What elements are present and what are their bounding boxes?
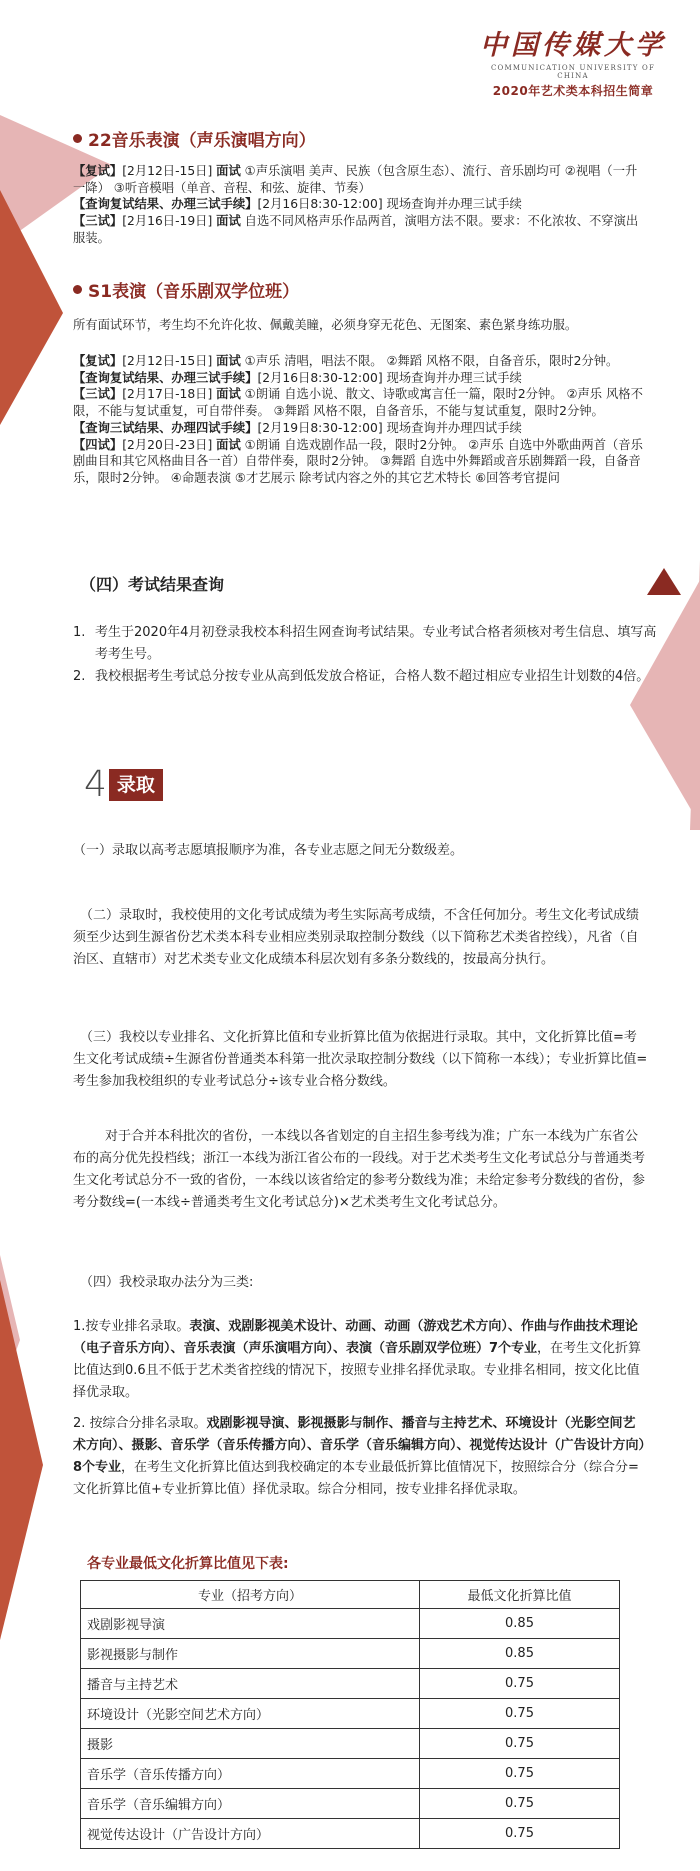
section-s1-intro: 所有面试环节，考生均不允许化妆、佩戴美瞳，必须身穿无花色、无图案、素色紧身练功服… xyxy=(73,317,643,334)
table-header-row: 专业（招考方向） 最低文化折算比值 xyxy=(81,1581,620,1609)
chapter-number: 4 xyxy=(84,765,107,805)
column-header-major: 专业（招考方向） xyxy=(81,1581,420,1609)
exam-line: 【查询三试结果、办理四试手续】[2月19日8:30-12:00] 现场查询并办理… xyxy=(73,420,643,437)
admission-method-1: 1.按专业排名录取。表演、戏剧影视美术设计、动画、动画（游戏艺术方向）、作曲与作… xyxy=(73,1316,648,1404)
table-row: 环境设计（光影空间艺术方向）0.75 xyxy=(81,1699,620,1729)
chapter-heading: 4 录取 xyxy=(84,765,163,805)
admission-method-2: 2. 按综合分排名录取。戏剧影视导演、影视摄影与制作、播音与主持艺术、环境设计（… xyxy=(73,1413,648,1501)
brand-chinese-name: 中国传媒大学 xyxy=(478,30,668,62)
brand-english-name: COMMUNICATION UNIVERSITY OF CHINA xyxy=(478,64,668,80)
table-row: 影视摄影与制作0.85 xyxy=(81,1639,620,1669)
section-s1-body: 【复试】[2月12日-15日] 面试 ①声乐 清唱，唱法不限。 ②舞蹈 风格不限… xyxy=(73,353,643,487)
ratio-table-title: 各专业最低文化折算比值见下表: xyxy=(87,1553,289,1573)
exam-line: 【复试】[2月12日-15日] 面试 ①声乐 清唱，唱法不限。 ②舞蹈 风格不限… xyxy=(73,353,643,370)
admission-methods-heading: （四）我校录取办法分为三类: xyxy=(73,1272,648,1294)
list-item: 2.我校根据考生考试总分按专业从高到低发放合格证，合格人数不超过相应专业招生计划… xyxy=(73,666,658,688)
min-ratio-table: 专业（招考方向） 最低文化折算比值 戏剧影视导演0.85 影视摄影与制作0.85… xyxy=(80,1580,620,1849)
list-item: 1.考生于2020年4月初登录我校本科招生网查询考试结果。专业考试合格者须核对考… xyxy=(73,622,658,666)
admission-rule-3: （三）我校以专业排名、文化折算比值和专业折算比值为依据进行录取。其中，文化折算比… xyxy=(73,1027,648,1093)
section-22-body: 【复试】[2月12日-15日] 面试 ①声乐演唱 美声、民族（包含原生态）、流行… xyxy=(73,163,643,247)
table-row: 视觉传达设计（广告设计方向）0.75 xyxy=(81,1819,620,1849)
brochure-subtitle: 2020年艺术类本科招生简章 xyxy=(478,82,668,99)
exam-line: 【复试】[2月12日-15日] 面试 ①声乐演唱 美声、民族（包含原生态）、流行… xyxy=(73,163,643,196)
bullet-icon xyxy=(73,134,82,143)
section-heading-22: 22音乐表演（声乐演唱方向） xyxy=(73,126,316,151)
section-title: 22音乐表演（声乐演唱方向） xyxy=(88,126,316,151)
section-heading-s1: S1表演（音乐剧双学位班） xyxy=(73,277,299,302)
admission-rule-note: 对于合并本科批次的省份，一本线以各省划定的自主招生参考线为准；广东一本线为广东省… xyxy=(73,1126,648,1214)
column-header-ratio: 最低文化折算比值 xyxy=(420,1581,620,1609)
results-query-list: 1.考生于2020年4月初登录我校本科招生网查询考试结果。专业考试合格者须核对考… xyxy=(73,622,658,688)
chapter-title: 录取 xyxy=(109,769,163,801)
table-row: 音乐学（音乐传播方向）0.75 xyxy=(81,1759,620,1789)
results-query-heading: （四）考试结果查询 xyxy=(80,572,224,595)
table-row: 播音与主持艺术0.75 xyxy=(81,1669,620,1699)
exam-line: 【三试】[2月16日-19日] 面试 自选不同风格声乐作品两首，演唱方法不限。要… xyxy=(73,213,643,246)
table-row: 戏剧影视导演0.85 xyxy=(81,1609,620,1639)
admission-rule-2: （二）录取时，我校使用的文化考试成绩为考生实际高考成绩，不含任何加分。考生文化考… xyxy=(73,905,648,971)
bullet-icon xyxy=(73,285,82,294)
admission-rule-1: （一）录取以高考志愿填报顺序为准，各专业志愿之间无分数级差。 xyxy=(73,840,648,862)
section-title: S1表演（音乐剧双学位班） xyxy=(88,277,299,302)
exam-line: 【三试】[2月17日-18日] 面试 ①朗诵 自选小说、散文、诗歌或寓言任一篇，… xyxy=(73,386,643,419)
exam-line: 【查询复试结果、办理三试手续】[2月16日8:30-12:00] 现场查询并办理… xyxy=(73,196,643,213)
table-row: 摄影0.75 xyxy=(81,1729,620,1759)
exam-line: 【四试】[2月20日-23日] 面试 ①朗诵 自选戏剧作品一段，限时2分钟。 ②… xyxy=(73,437,643,487)
university-brand: 中国传媒大学 COMMUNICATION UNIVERSITY OF CHINA… xyxy=(478,30,668,99)
table-row: 音乐学（音乐编辑方向）0.75 xyxy=(81,1789,620,1819)
exam-line: 【查询复试结果、办理三试手续】[2月16日8:30-12:00] 现场查询并办理… xyxy=(73,370,643,387)
